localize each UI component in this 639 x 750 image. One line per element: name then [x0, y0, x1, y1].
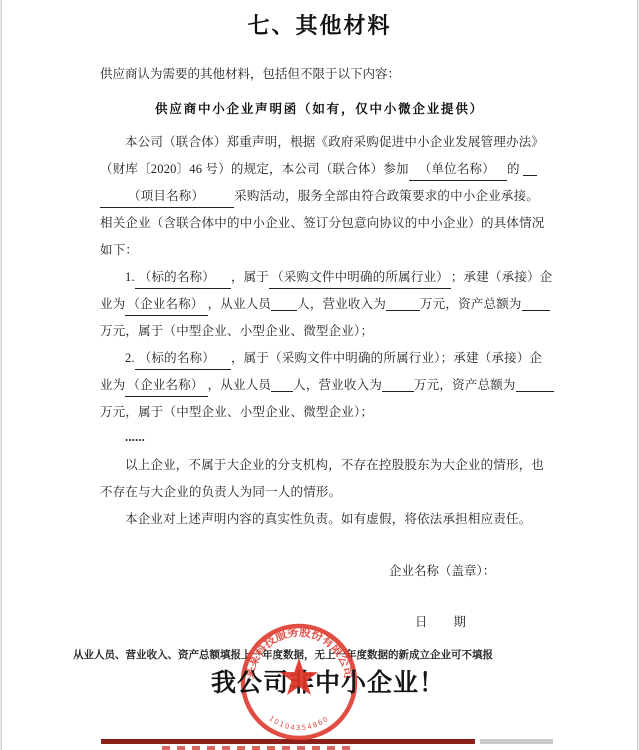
doc-text: 人，营业收入为: [293, 378, 382, 392]
doc-text: ，属于: [231, 270, 269, 284]
doc-text: 1.: [125, 270, 135, 284]
doc-line: 以上企业，不属于大企业的分支机构，不存在控股股东为大企业的情形，也: [100, 457, 544, 474]
underlined-placeholder: （单位名称）: [409, 161, 507, 181]
date-label: 日期: [415, 612, 492, 630]
doc-line: （项目名称）采购活动，服务全部由符合政策要求的中小企业承接。: [100, 188, 539, 208]
footer-divider-gray: [480, 739, 553, 744]
doc-text: ，属于（采购文件中明确的所属行业）；承建（承接）企: [231, 351, 542, 365]
doc-text: （财库〔2020〕46 号）的规定，本公司（联合体）参加: [100, 162, 409, 176]
declaration-subtitle: 供应商中小企业声明函（如有，仅中小微企业提供）: [2, 99, 637, 117]
doc-text: ，从业人员: [208, 378, 272, 392]
doc-line: 业为（企业名称），从业人员人，营业收入为万元，资产总额为: [100, 296, 550, 316]
doc-text: 业为: [100, 297, 125, 311]
doc-text: 人，营业收入为: [297, 297, 386, 311]
doc-line: 不存在与大企业的负责人为同一人的情形。: [100, 484, 341, 501]
doc-text: 本企业对上述声明内容的真实性负责。如有虚假，将依法承担相应责任。: [125, 512, 531, 526]
fill-in-blank: [271, 379, 293, 392]
cutoff-red-text-fragments: [162, 746, 357, 750]
doc-line: 业为（企业名称），从业人员人，营业收入为万元，资产总额为: [100, 377, 554, 397]
doc-line: ......: [100, 429, 145, 446]
doc-line: 万元，属于（中型企业、小型企业、微型企业）；: [100, 404, 373, 421]
doc-line: 如下：: [100, 242, 138, 259]
underlined-placeholder: （企业名称）: [125, 296, 207, 316]
fill-in-blank: [522, 298, 550, 311]
not-sme-statement: 我公司非中小企业！: [211, 663, 445, 699]
doc-line: 万元，属于（中型企业、小型企业、微型企业）；: [100, 323, 373, 340]
underlined-placeholder: （标的名称）: [135, 350, 231, 370]
underlined-placeholder: （标的名称）: [135, 269, 231, 289]
doc-text: 万元，属于（中型企业、小型企业、微型企业）；: [100, 405, 373, 419]
doc-line: 本企业对上述声明内容的真实性负责。如有虚假，将依法承担相应责任。: [100, 511, 531, 528]
doc-line: 本公司（联合体）郑重声明，根据《政府采购促进中小企业发展管理办法》: [100, 134, 544, 151]
company-seal-label: 企业名称（盖章）：: [389, 561, 495, 579]
intro-text: 供应商认为需要的其他材料，包括但不限于以下内容：: [100, 64, 400, 82]
underlined-placeholder: （企业名称）: [125, 377, 207, 397]
doc-text: 如下：: [100, 243, 138, 257]
document-page: 七、其他材料 供应商认为需要的其他材料，包括但不限于以下内容： 供应商中小企业声…: [1, 0, 638, 750]
doc-text: 的: [507, 162, 523, 176]
doc-text: ；承建（承接）企: [451, 270, 553, 284]
doc-text: 万元，资产总额为: [420, 297, 522, 311]
document-viewer: { "document": { "title": "七、其他材料", "intr…: [0, 0, 639, 750]
fill-in-blank: [386, 298, 420, 311]
doc-text: 以上企业，不属于大企业的分支机构，不存在控股股东为大企业的情形，也: [125, 458, 544, 472]
doc-line: 相关企业（含联合体中的中小企业、签订分包意向协议的中小企业）的具体情况: [100, 215, 545, 232]
doc-text: 不存在与大企业的负责人为同一人的情形。: [100, 485, 341, 499]
underlined-placeholder: （项目名称）: [100, 188, 234, 208]
doc-text: 本公司（联合体）郑重声明，根据《政府采购促进中小企业发展管理办法》: [125, 135, 544, 149]
doc-text: 业为: [100, 378, 125, 392]
fill-in-blank: [523, 163, 537, 176]
fill-in-blank: [516, 379, 554, 392]
doc-text: 万元，属于（中型企业、小型企业、微型企业）；: [100, 324, 373, 338]
doc-line: 1.（标的名称），属于（采购文件中明确的所属行业）；承建（承接）企: [100, 269, 553, 289]
fill-in-blank: [382, 379, 414, 392]
doc-text: ，从业人员: [208, 297, 272, 311]
doc-line: 2.（标的名称），属于（采购文件中明确的所属行业）；承建（承接）企: [100, 350, 542, 370]
underlined-placeholder: （采购文件中明确的所属行业）: [269, 269, 451, 289]
doc-text: 万元，资产总额为: [414, 378, 516, 392]
seal-star-icon: [278, 657, 320, 699]
doc-text: 采购活动，服务全部由符合政策要求的中小企业承接。: [234, 189, 539, 203]
fill-in-blank: [271, 298, 297, 311]
doc-text: 相关企业（含联合体中的中小企业、签订分包意向协议的中小企业）的具体情况: [100, 216, 545, 230]
doc-text: ......: [125, 430, 145, 444]
doc-text: 2.: [125, 351, 135, 365]
doc-line: （财库〔2020〕46 号）的规定，本公司（联合体）参加（单位名称）的: [100, 161, 537, 181]
page-title: 七、其他材料: [2, 9, 637, 40]
